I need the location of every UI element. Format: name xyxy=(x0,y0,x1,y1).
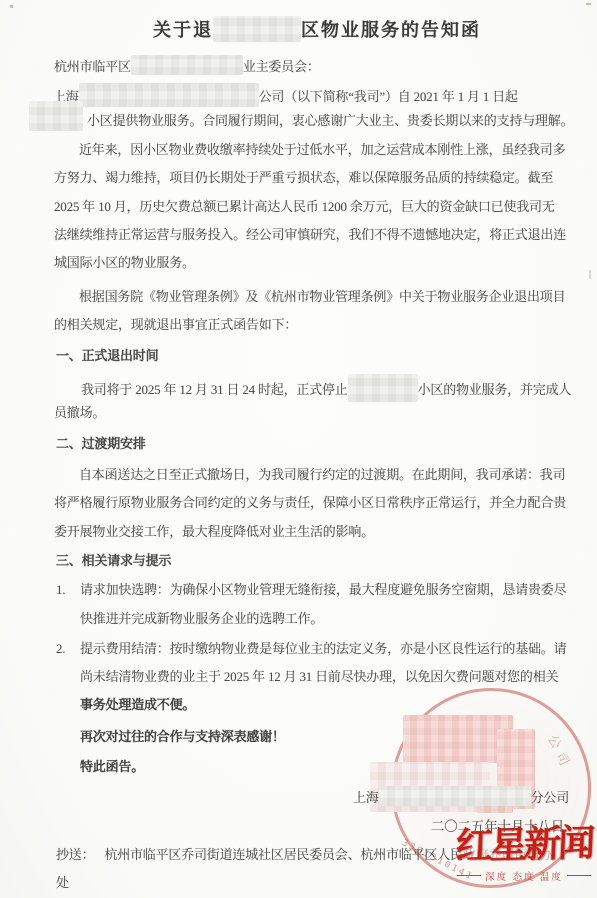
seal-ring-text: 公司 xyxy=(544,731,578,773)
scanned-letter-page: 关于退区物业服务的告知函 杭州市临平区业主委员会： 上海公司（以下简称“我司”）… xyxy=(0,0,597,898)
section1-text-post: 小区的物业服务，并完成人 xyxy=(418,382,572,397)
letter-title: 关于退区物业服务的告知函 xyxy=(153,16,481,42)
intro-line-2: 小区提供物业服务。合同履行期间，衷心感谢广大业主、贵委长期以来的支持与理解。 xyxy=(87,110,573,129)
section1-text-pre: 我司将于 2025 年 12 月 31 日 24 时起，正式停止 xyxy=(81,382,348,397)
section-heading-3: 三、相关请求与提示 xyxy=(56,550,171,569)
background-line-4: 法继续维持正常运营与服务投入。经公司审慎研究，我们不得不遗憾地决定，将正式退出连 xyxy=(54,224,566,243)
list-item-1-line-1: 1.请求加快选聘：为确保小区物业管理无缝衔接，最大程度避免服务空窗期，恳请贵委尽 xyxy=(56,579,566,598)
background-line-2: 方努力、竭力维持，项目仍长期处于严重亏损状态，难以保障服务品质的持续稳定。截至 xyxy=(54,167,553,186)
list-item-2-marker: 2. xyxy=(56,641,80,657)
red-star-news-logo: 红星新闻 xyxy=(448,824,597,869)
section2-line-1: 自本函送达之日至正式撤场日，为我司履行约定的过渡期。在此期间，我司承诺：我司 xyxy=(79,464,565,483)
thanks-line: 再次对过往的合作与支持深表感谢！ xyxy=(80,726,285,745)
tagline-dash-left xyxy=(457,875,481,876)
list-item-1-text: 请求加快选聘：为确保小区物业管理无缝衔接，最大程度避免服务空窗期，恳请贵委尽 xyxy=(80,582,566,597)
signature-company-pre: 上海 xyxy=(353,790,379,805)
signature-redaction-block xyxy=(379,786,531,806)
background-line-5: 城国际小区的物业服务。 xyxy=(54,252,195,271)
intro-line-1: 上海公司（以下简称“我司”）自 2021 年 1 月 1 日起 xyxy=(53,83,518,107)
scan-speck xyxy=(589,270,591,279)
community-name-redaction-block-2 xyxy=(348,374,418,402)
basis-line-2: 的相关规定，现就退出事宜正式函告如下： xyxy=(54,314,297,333)
red-star-news-watermark: 红星新闻 深度 态度 温度 xyxy=(449,826,597,883)
list-item-2-line-1: 2.提示费用结清：按时缴纳物业费是每位业主的法定义务，亦是小区良性运行的基础。请 xyxy=(56,638,566,657)
cc-label: 抄送： xyxy=(56,847,94,862)
section-heading-2: 二、过渡期安排 xyxy=(56,433,146,452)
background-line-3: 2025 年 10 月，历史欠费总额已累计高达人民币 1200 余万元，巨大的资… xyxy=(54,196,555,215)
intro-line-1-text: 公司（以下简称“我司”）自 2021 年 1 月 1 日起 xyxy=(259,89,518,104)
signature-company-post: 分公司 xyxy=(531,790,569,805)
salutation-pre: 杭州市临平区 xyxy=(54,59,131,74)
list-item-1-marker: 1. xyxy=(56,582,80,598)
list-item-1-line-2: 快推进并完成新物业服务企业的选聘工作。 xyxy=(80,608,323,627)
salutation-line: 杭州市临平区业主委员会： xyxy=(54,55,320,75)
scan-speck xyxy=(586,3,591,5)
title-text-pre: 关于退 xyxy=(153,20,213,40)
list-item-2-text: 提示费用结清：按时缴纳物业费是每位业主的法定义务，亦是小区良性运行的基础。请 xyxy=(80,641,566,656)
basis-line-1: 根据国务院《物业管理条例》及《杭州市物业管理条例》中关于物业服务企业退出项目 xyxy=(79,286,565,305)
community-name-redaction-block xyxy=(29,101,83,131)
section-heading-1: 一、正式退出时间 xyxy=(56,345,158,364)
background-line-1: 近年来，因小区物业费收缴率持续处于过低水平，加之运营成本刚性上涨，虽经我司多 xyxy=(79,139,565,158)
list-item-2-line-3: 事务处理造成不便。 xyxy=(80,694,195,713)
list-item-2-line-2: 尚未结清物业费的业主于 2025 年 12 月 31 日前尽快办理，以免因欠费问… xyxy=(80,666,558,685)
cc-line-2: 处 xyxy=(56,872,69,891)
red-star-news-tagline: 深度 态度 温度 xyxy=(449,869,597,883)
salutation-post: 业主委员会： xyxy=(243,59,320,74)
section2-line-2: 将严格履行原物业服务合同约定的义务与责任，保障小区日常秩序正常运行，并全力配合贵 xyxy=(54,492,566,511)
title-redaction-block xyxy=(213,16,301,42)
tagline-dash-right xyxy=(567,875,591,876)
company-name-redaction-block xyxy=(79,83,259,107)
title-text-post: 区物业服务的告知函 xyxy=(301,20,481,40)
scan-speck xyxy=(10,5,13,8)
closing-line: 特此函告。 xyxy=(80,756,144,775)
signature-line: 上海分公司 xyxy=(353,786,569,806)
section1-line-2: 员撤场。 xyxy=(54,402,105,421)
tagline-text: 深度 态度 温度 xyxy=(485,869,563,883)
section2-line-3: 委开展物业交接工作，最大程度降低对业主生活的影响。 xyxy=(54,521,374,540)
salutation-redaction-block xyxy=(131,55,243,75)
section1-line-1: 我司将于 2025 年 12 月 31 日 24 时起，正式停止小区的物业服务，… xyxy=(81,374,571,402)
cc-recipients: 杭州市临平区乔司街道连城社区居民委员会、杭州市临平区人民 xyxy=(104,847,462,862)
